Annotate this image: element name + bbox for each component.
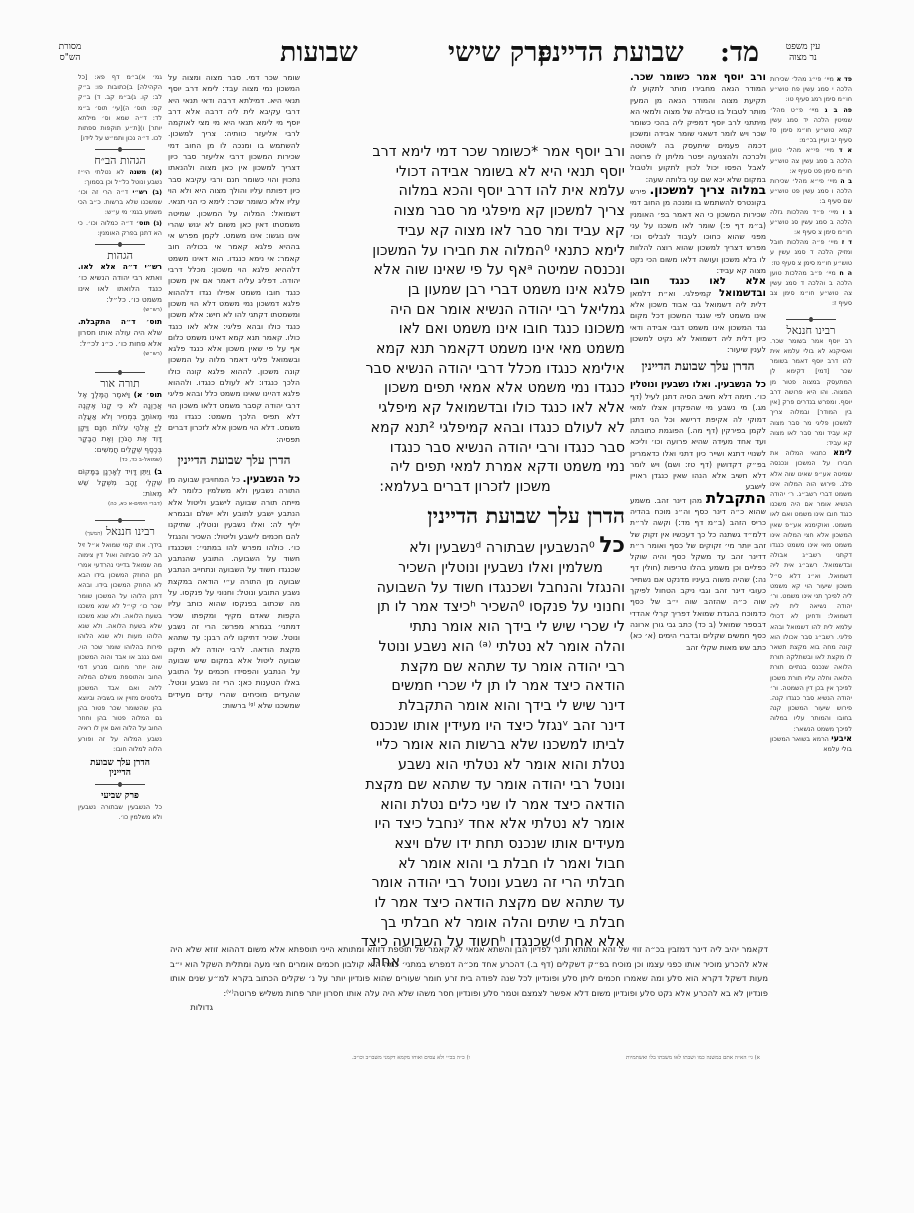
ein-mishpat-entry: א ד מיי׳ פי״א מהל׳ טוען הלכה ב סמג עשין … <box>770 145 852 176</box>
hagahot-item: רש״י ד״ה אלא לאו. ואתא רבי יהודה הנשיא כ… <box>78 261 162 316</box>
rashi-entry: כל הנשבעין. ואלו נשבעין ונוטלין כו׳. תימ… <box>630 379 766 493</box>
gemara-line: עד שתהא שם מקצת הודאה כיצד אמר לו <box>305 894 625 914</box>
ornament-divider <box>786 319 835 320</box>
ornament-divider <box>95 520 145 521</box>
gemara-line: יוסף תנאי היא לא בשומר אבידה דכולי <box>305 163 625 183</box>
gemara-line: נמי משמט ודקא אמרת למאי תפים ליה <box>305 458 625 478</box>
page-header: מסורת הש"ס שבועות פרק שישי שבועת הדיינין… <box>0 36 914 68</box>
torah-or-title: תורה אור <box>78 379 162 389</box>
chapter-number: פרק שישי <box>448 39 552 66</box>
footnote-right: א) גי׳ הא״ה אתם במשנה כמו ושבתו לאו משבת… <box>520 1055 760 1061</box>
gemara-line: משכונו כנגד חובו אינו משמט ואם לאו <box>305 320 625 340</box>
next-chapter-title: פרק שביעי <box>78 791 162 801</box>
rabbeinu-chananel-entry: איבעי הרמא בשואר המשכון בולי עלמא <box>770 734 852 754</box>
gemara-line: דינר שיש לי בידך והוא אומר התקבלת <box>305 697 625 717</box>
gemara-line: כנגדו נמי משמט אלא אמאי תפים משכון <box>305 379 625 399</box>
gemara-line: סבר כנגדו ורבי יהודה הנשיא סבר כנגדו <box>305 439 625 459</box>
gemara-line: לא לעולם כנגדו ובהא קמיפלגי ²תנא קמא <box>305 419 625 439</box>
rabbeinu-chananel-text: רב יוסף אמר בשומר שכר. ואסיקנא לא בולי ע… <box>770 336 852 448</box>
gemara-line: פלגא אינו משמט דברי רבן שמעון בן <box>305 281 625 301</box>
ein-mishpat-entry: ג ו מיי׳ פ״ד מהלכות גזלה הלכה ב סמג עשין… <box>770 207 852 238</box>
hagahot-bach-title: הגהות הב״ח <box>78 156 162 166</box>
rashi-entry: התקבלת מהן דינר זהב. משמע שהוא כ״ה דינר … <box>630 493 766 653</box>
gemara-line: חבלתי הרי זה נשבע ונוטל רבי יהודה אומר <box>305 874 625 894</box>
gemara-line: משמט מאי אינו משמט דקאמר תנא קמא <box>305 340 625 360</box>
gemara-line: אילימא כנגדו מכלל דרבי יהודה הנשיא סבר <box>305 360 625 380</box>
gemara-line: ונוטל רבי יהודה אומר עד שתהא שם מקצת <box>305 776 625 796</box>
gemara-line: דינר זהב ᵛנגזל כיצד היו מעידין אותו שנכנ… <box>305 717 625 737</box>
ein-mishpat-entry: ב ה מיי׳ פי״א מהל׳ שכירות הלכה ו סמג עשי… <box>770 176 852 207</box>
mesoret-label: מסורת הש"ס <box>40 42 100 65</box>
rabbeinu-chananel-title: רבינו חננאל <box>770 326 852 336</box>
gemara-line: אלא לאו כנגד כולו ובדשמואל קא מיפלגי <box>305 399 625 419</box>
hagahot-bach-item: (ג) תוס׳ ד״ה כמלוה וכו׳. כי הא דתנן בפרק… <box>78 218 162 238</box>
rashi-commentary: ורב יוסף אמר כשומר שכר. המודר הנאה מחביר… <box>630 72 766 653</box>
ornament-divider <box>95 149 145 150</box>
gemara-line: ורב יוסף אמר *כשומר שכר דמי לימא דרב <box>305 143 625 163</box>
gemara-line: לביתו למשכנו שלא ברשות הוא אומר כליי <box>305 736 625 756</box>
bottom-tosafot: דקאמר יהיב ליה דינר דמזבין בכ״ה זוזי של … <box>170 942 768 1015</box>
gemara-line: עלמא אית להו דרב יוסף והכא במלוה <box>305 182 625 202</box>
gemara-line: נטלת והוא אומר לא נטלתי הוא נשבע <box>305 756 625 776</box>
mishna-initial-word: כל <box>599 533 625 558</box>
gemara-line: מעידים אותו שנכנס תחת ידו שלם ויצא <box>305 835 625 855</box>
gemara-line: צריך למשכון קא מיפלגי מר סבר מצוה <box>305 202 625 222</box>
tosafot-commentary: שומר שכר דמי. סבר מצוה ומצוה על המשכון נ… <box>168 72 300 711</box>
gemara-line: קא עביד ומר סבר לאו מצוה קא עביד <box>305 222 625 242</box>
ein-mishpat-entry: ד ז מיי׳ פ״ה מהלכות חובל ומזיק הלכה ד סמ… <box>770 237 852 268</box>
bottom-tosafot-text: דקאמר יהיב ליה דינר דמזבין בכ״ה זוזי של … <box>170 942 768 1000</box>
gemara-line: חבלת בי שתים והלה אומר לא חבלתי בך <box>305 914 625 934</box>
gemara-line: והנגזל והנחבל ושכנגדו חשוד על השבועה <box>305 579 625 599</box>
rabbeinu-chananel-left-text: בידך. אתו קמי שמואל א״ל זיל הב ליה סביתו… <box>78 540 162 754</box>
mishna-first-line: כל ⁰הנשבעין שבתורה ᵈנשבעין ולא <box>305 535 625 559</box>
tosafot-mishna: כל הנשבעין. כל המחויבין שבועה מן התורה נ… <box>168 474 300 711</box>
gemara-line: והלה אומר לא נטלתי ⁽ᵃ⁾ הוא נשבע ונוטל <box>305 638 625 658</box>
tosafot-hadran: הדרן עלך שבועת הדיינין <box>168 455 300 466</box>
hagahot-item: תוס׳ ד״ה התקבלת. שלא היה עולה אותו חסרון… <box>78 316 162 360</box>
gemara-line: משכון לזכרון דברים בעלמא: <box>305 478 625 498</box>
daf-number: מד: <box>720 39 759 66</box>
gemara-line: משלמין ואלו נשבעין ונוטלין השכיר <box>305 559 625 579</box>
ein-mishpat-entry: פד א מיי׳ פי״ג מהל׳ שכירות הלכה י סמג עש… <box>770 74 852 105</box>
ein-mishpat-entry: ה ח מיי׳ פ״ב מהלכות טוען הלכה ב והלכה ד … <box>770 268 852 309</box>
right-sidebar: פד א מיי׳ פי״ג מהל׳ שכירות הלכה י סמג עש… <box>770 74 852 754</box>
torah-or-item: תוס׳ א) וַיֹּאמֶר הַמֶּלֶךְ אֶל אֲרַוְנָ… <box>78 389 162 466</box>
mesoret-hashas: גמ׳ א)ב״מ דף פא: [כל הקהילה] ב)כתובות פו… <box>78 72 162 143</box>
gemara-line: גמליאל רבי יהודה הנשיא אומר אם היה <box>305 301 625 321</box>
rashi-hadran: הדרן עלך שבועת הדיינין <box>630 361 766 372</box>
gemara-text: ורב יוסף אמר *כשומר שכר דמי לימא דרב יוס… <box>305 143 625 973</box>
ein-mishpat-label: עין משפט נר מצוה <box>768 42 838 65</box>
gemara-line: אומר לא נטלתי אלא אחד ʸנחבל כיצד היו <box>305 815 625 835</box>
footnote-left: ו) כ״ה בכ״י ולא עסים ואוחו מקמא דקמני מש… <box>240 1055 470 1061</box>
rashi-entry: ורב יוסף אמר כשומר שכר. המודר הנאה מחביר… <box>630 72 766 185</box>
gemara-line: לי שכרי שיש לי בידך הוא אומר נתתי <box>305 618 625 638</box>
rashi-entry: אלא לאו כנגד חובו ובדשמואל קמיפלגי. וא״ת… <box>630 276 766 355</box>
gemara-line: ונכנסה שמיטה ᵃאף על פי שאינו שוה אלא <box>305 261 625 281</box>
rashi-entry: במלוה צריך למשכון. פירש בקונטרס להשתמש ב… <box>630 185 766 276</box>
rabbeinu-chananel-left-title: רבינו חננאל (המשך) <box>78 527 162 539</box>
gemara-line: וחנוני על פנקסו ⁰השכיר ʰכיצד אמר לו תן <box>305 598 625 618</box>
ornament-divider <box>95 784 145 785</box>
gemara-line: הודאה כיצד אמר לו שני כלים נטלת והוא <box>305 796 625 816</box>
gemara-line: לימא כתנאי ⁰המלוה את חבירו על המשכון <box>305 242 625 262</box>
ornament-divider <box>95 244 145 245</box>
hagahot-bach-item: (ב) רש״י ד״ה הרי זה וכו׳ שמשכנו שלא ברשו… <box>78 187 162 218</box>
left-sidebar: גמ׳ א)ב״מ דף פא: [כל הקהילה] ב)כתובות פו… <box>78 72 162 822</box>
gemara-line: חבול ואמר לו חבלת בי והוא אומר לא <box>305 855 625 875</box>
ornament-divider <box>95 372 145 373</box>
torah-or-item: ב) וַיִּתֵּן דָּוִיד לְאָרְנָן בַּמָּקוֹ… <box>78 466 162 510</box>
bottom-catchword: גדולות <box>170 1000 768 1015</box>
tractate-title: שבועות <box>280 39 358 66</box>
gemara-line: רבי יהודה אומר עד שתהא שם מקצת <box>305 658 625 678</box>
hagahot-title: הגהות <box>78 251 162 261</box>
gemara-line: הודאה כיצד אמר לו תן לי שכרי חמשים <box>305 677 625 697</box>
ein-mishpat-entry: פה ב ג מיי׳ פ״ט מהל׳ שמיטין הלכה יד סמג … <box>770 105 852 146</box>
tosafot-text: שומר שכר דמי. סבר מצוה ומצוה על המשכון נ… <box>168 72 300 445</box>
chapter-name: שבועת הדיינין <box>538 39 684 66</box>
rabbeinu-chananel-entry: לימא כתנאי המלוה את חבירו על המשכון ונכנ… <box>770 448 852 734</box>
gemara-hadran: הדרן עלך שבועת הדיינין <box>305 506 625 526</box>
next-chapter-text: כל הנשבעין שבתורה נשבעין ולא משלמין כו׳. <box>78 802 162 822</box>
hadran-left: הדרן עלך שבועת הדיינין <box>78 758 162 778</box>
hagahot-bach-item: (א) משנה לא נטלתי הי״ז נשבע ונוטל כל״ל ו… <box>78 167 162 187</box>
